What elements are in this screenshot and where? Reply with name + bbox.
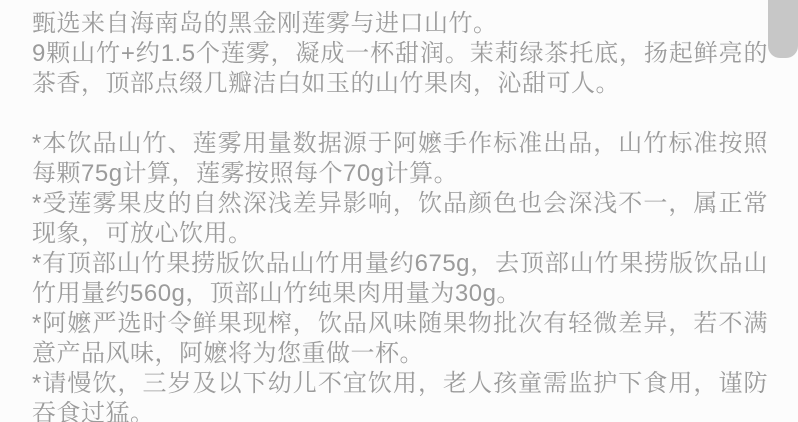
note-usage-standard: *本饮品山竹、莲雾用量数据源于阿嬷手作标准出品，山竹标准按照每颗75g计算，莲雾… [32, 129, 768, 189]
note-freshness-remake: *阿嬷严选时令鲜果现榨，饮品风味随果物批次有轻微差异，若不满意产品风味，阿嬷将为… [32, 309, 768, 369]
notes-section: *本饮品山竹、莲雾用量数据源于阿嬷手作标准出品，山竹标准按照每颗75g计算，莲雾… [32, 129, 768, 422]
note-color-variation: *受莲雾果皮的自然深浅差异影响，饮品颜色也会深浅不一，属正常现象，可放心饮用。 [32, 189, 768, 249]
intro-line-source: 甄选来自海南岛的黑金刚莲雾与进口山竹。 [32, 9, 768, 39]
scrollbar-thumb[interactable] [768, 0, 798, 58]
product-detail-text-screen: 甄选来自海南岛的黑金刚莲雾与进口山竹。 9颗山竹+约1.5个莲雾，凝成一杯甜润。… [0, 0, 798, 422]
intro-line-recipe: 9颗山竹+约1.5个莲雾，凝成一杯甜润。茉莉绿茶托底，扬起鲜亮的茶香，顶部点缀几… [32, 39, 768, 99]
note-mangosteen-amount: *有顶部山竹果捞版饮品山竹用量约675g，去顶部山竹果捞版饮品山竹用量约560g… [32, 249, 768, 309]
product-description: 甄选来自海南岛的黑金刚莲雾与进口山竹。 9颗山竹+约1.5个莲雾，凝成一杯甜润。… [0, 0, 798, 422]
note-drinking-warning: *请慢饮，三岁及以下幼儿不宜饮用，老人孩童需监护下食用，谨防吞食过猛。 [32, 369, 768, 422]
